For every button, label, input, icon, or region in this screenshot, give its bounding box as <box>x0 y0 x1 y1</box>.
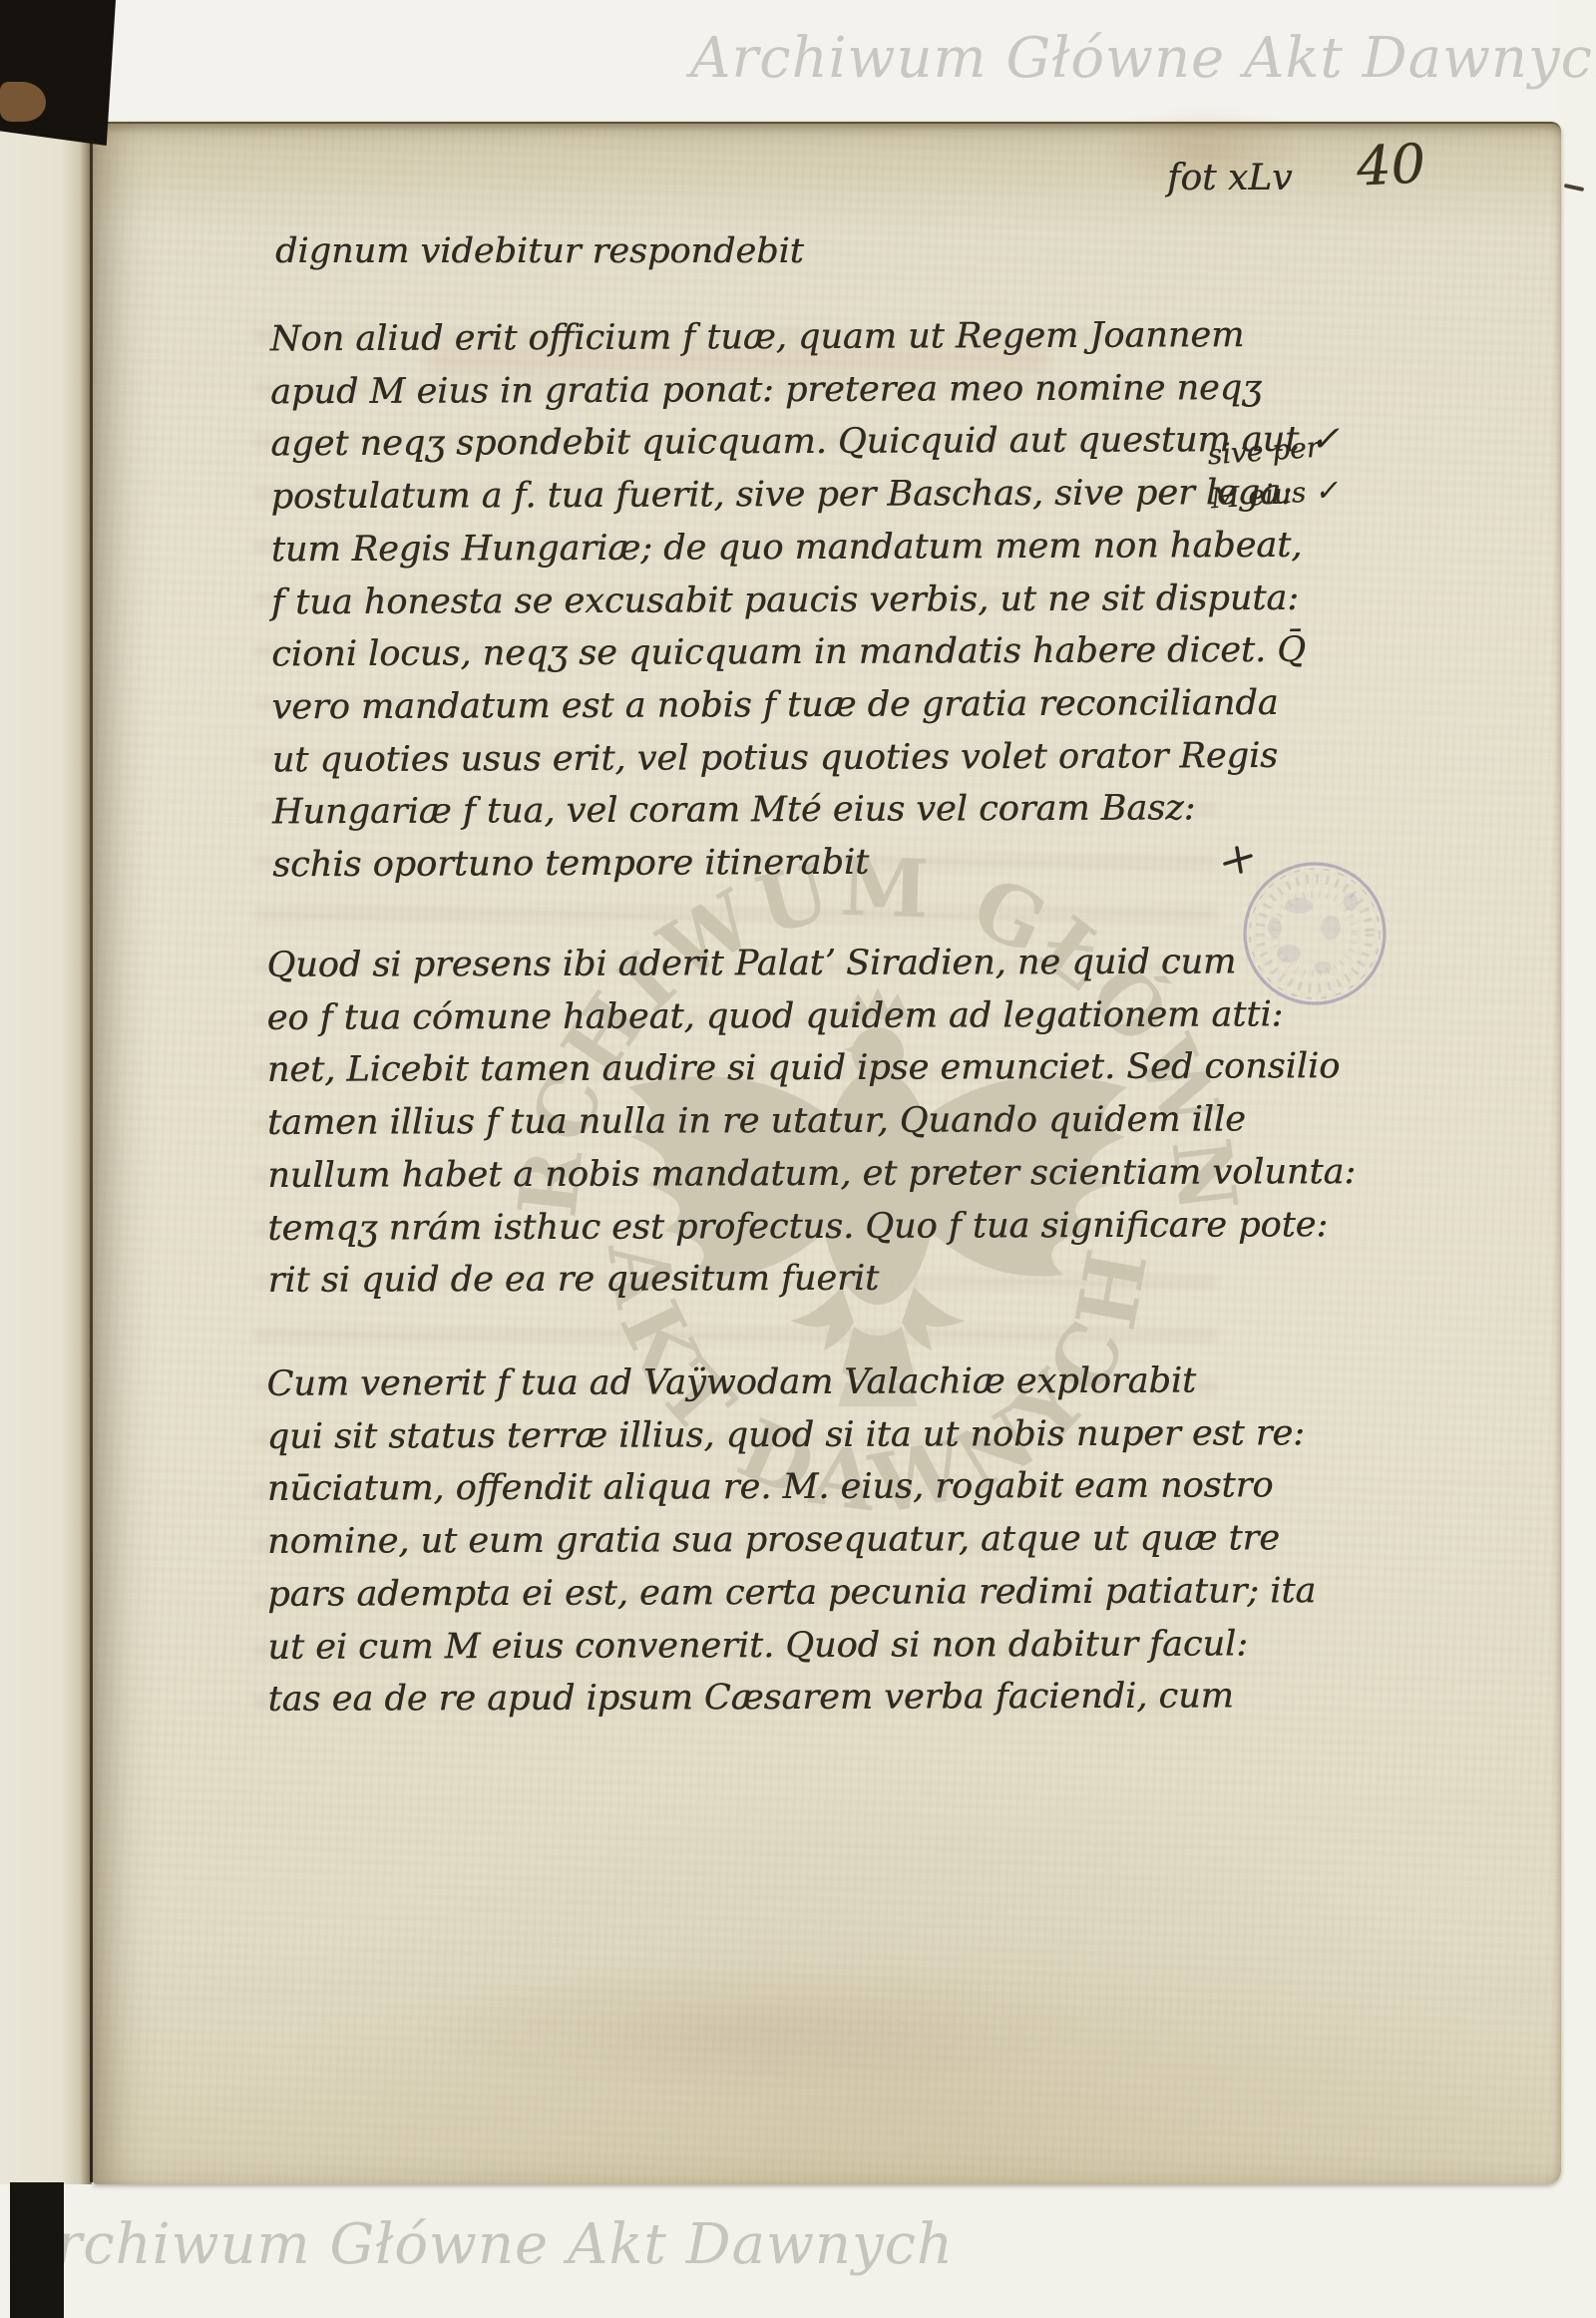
manuscript-line: postulatum a f. tua fuerit, sive per Bas… <box>270 467 1340 524</box>
archive-watermark-top: Archiwum Główne Akt Dawnych <box>690 26 1596 91</box>
manuscript-line: vero mandatum est a nobis f tuæ de grati… <box>271 677 1341 734</box>
manuscript-line: ut ei cum M eius convenerit. Quod si non… <box>267 1618 1316 1674</box>
paragraph-3: Cum venerit f tua ad Vaÿwodam Valachiæ e… <box>266 1354 1316 1727</box>
paragraph-2: Quod si presens ibi aderit Palatʼ Siradi… <box>266 936 1356 1308</box>
manuscript-line: tas ea de re apud ipsum Cæsarem verba fa… <box>267 1670 1316 1726</box>
paragraph-1: Non aliud erit officium f tuæ, quam ut R… <box>270 309 1342 892</box>
manuscript-line: schis oportuno tempore itinerabit <box>272 835 1342 892</box>
leather-fragment <box>0 82 46 122</box>
manuscript-line: Quod si presens ibi aderit Palatʼ Siradi… <box>266 936 1355 992</box>
manuscript-line: nūciatum, offendit aliqua re. M. eius, r… <box>267 1460 1316 1516</box>
manuscript-line: aget neqʒ spondebit quicquam. Quicquid a… <box>270 414 1340 471</box>
folio-annotation: fot xLv <box>1167 158 1292 198</box>
archive-stamp <box>1219 836 1398 1015</box>
stamp-circle <box>1245 864 1385 1003</box>
previous-page-edge <box>0 128 92 2184</box>
manuscript-line: cioni locus, neqʒ se quicquam in mandati… <box>271 624 1341 681</box>
manuscript-line: tamen illius f tua nulla in re utatur, Q… <box>267 1093 1356 1150</box>
manuscript-line: f tua honesta se excusabit paucis verbis… <box>271 572 1341 628</box>
binding-strip <box>10 2182 64 2318</box>
cross-mark <box>1225 848 1251 872</box>
binding-corner <box>0 0 116 146</box>
manuscript-line: nullum habet a nobis mandatum, et preter… <box>267 1146 1356 1203</box>
manuscript-line: net, Licebit tamen audire si quid ipse e… <box>267 1041 1356 1098</box>
archive-watermark-bottom: Archiwum Główne Akt Dawnych <box>14 2212 954 2277</box>
page-number: 40 <box>1355 132 1426 198</box>
manuscript-line: pars adempta ei est, eam certa pecunia r… <box>267 1565 1316 1621</box>
manuscript-line: ut quoties usus erit, vel potius quoties… <box>272 729 1342 786</box>
scanner-background-right <box>1558 0 1596 2318</box>
manuscript-line: Hungariæ f tua, vel coram Mté eius vel c… <box>272 782 1342 839</box>
manuscript-line: temqʒ nrám isthuc est profectus. Quo f t… <box>267 1199 1356 1256</box>
margin-note: sive per M eius ✓ <box>1206 425 1340 522</box>
paper-stain-bottom <box>299 1945 1197 2115</box>
manuscript-line: tum Regis Hungariæ; de quo mandatum mem … <box>271 519 1341 576</box>
manuscript-line: apud M eius in gratia ponat: preterea me… <box>270 361 1340 418</box>
stamp-mottle <box>1268 893 1358 973</box>
manuscript-heading: dignum videbitur respondebit <box>275 231 804 271</box>
manuscript-line: rit si quid de ea re quesitum fuerit <box>267 1251 1356 1308</box>
manuscript-line: qui sit status terræ illius, quod si ita… <box>267 1407 1316 1463</box>
manuscript-line: Non aliud erit officium f tuæ, quam ut R… <box>270 309 1340 366</box>
manuscript-line: Cum venerit f tua ad Vaÿwodam Valachiæ e… <box>266 1354 1315 1410</box>
manuscript-line: nomine, ut eum gratia sua prosequatur, a… <box>267 1512 1316 1568</box>
margin-note-line: M eius ✓ <box>1209 469 1340 522</box>
manuscript-line: eo f tua cómune habeat, quod quidem ad l… <box>267 988 1356 1045</box>
